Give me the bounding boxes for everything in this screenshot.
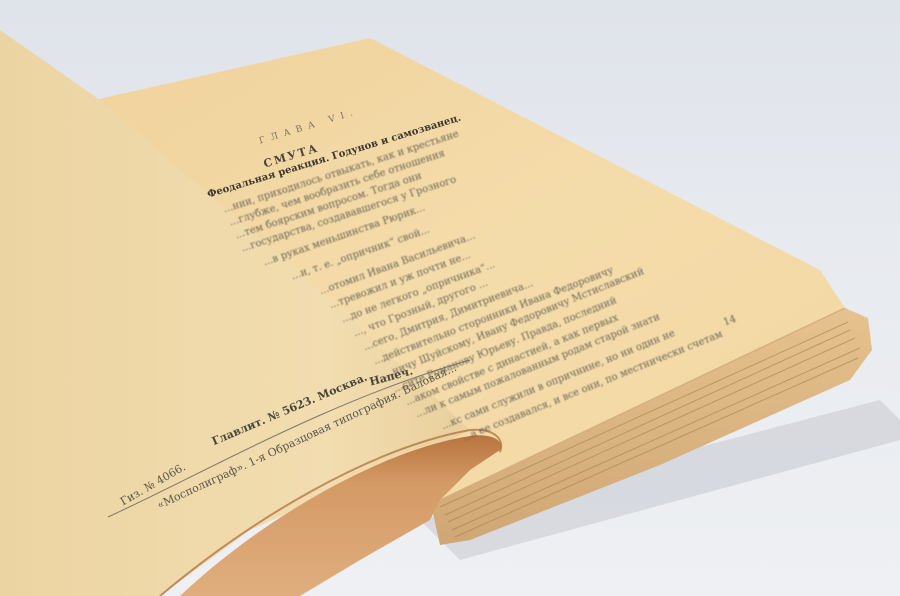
book-photo: ГЛАВА VI. СМУТА Феодальная реакция. Году… (0, 0, 900, 596)
